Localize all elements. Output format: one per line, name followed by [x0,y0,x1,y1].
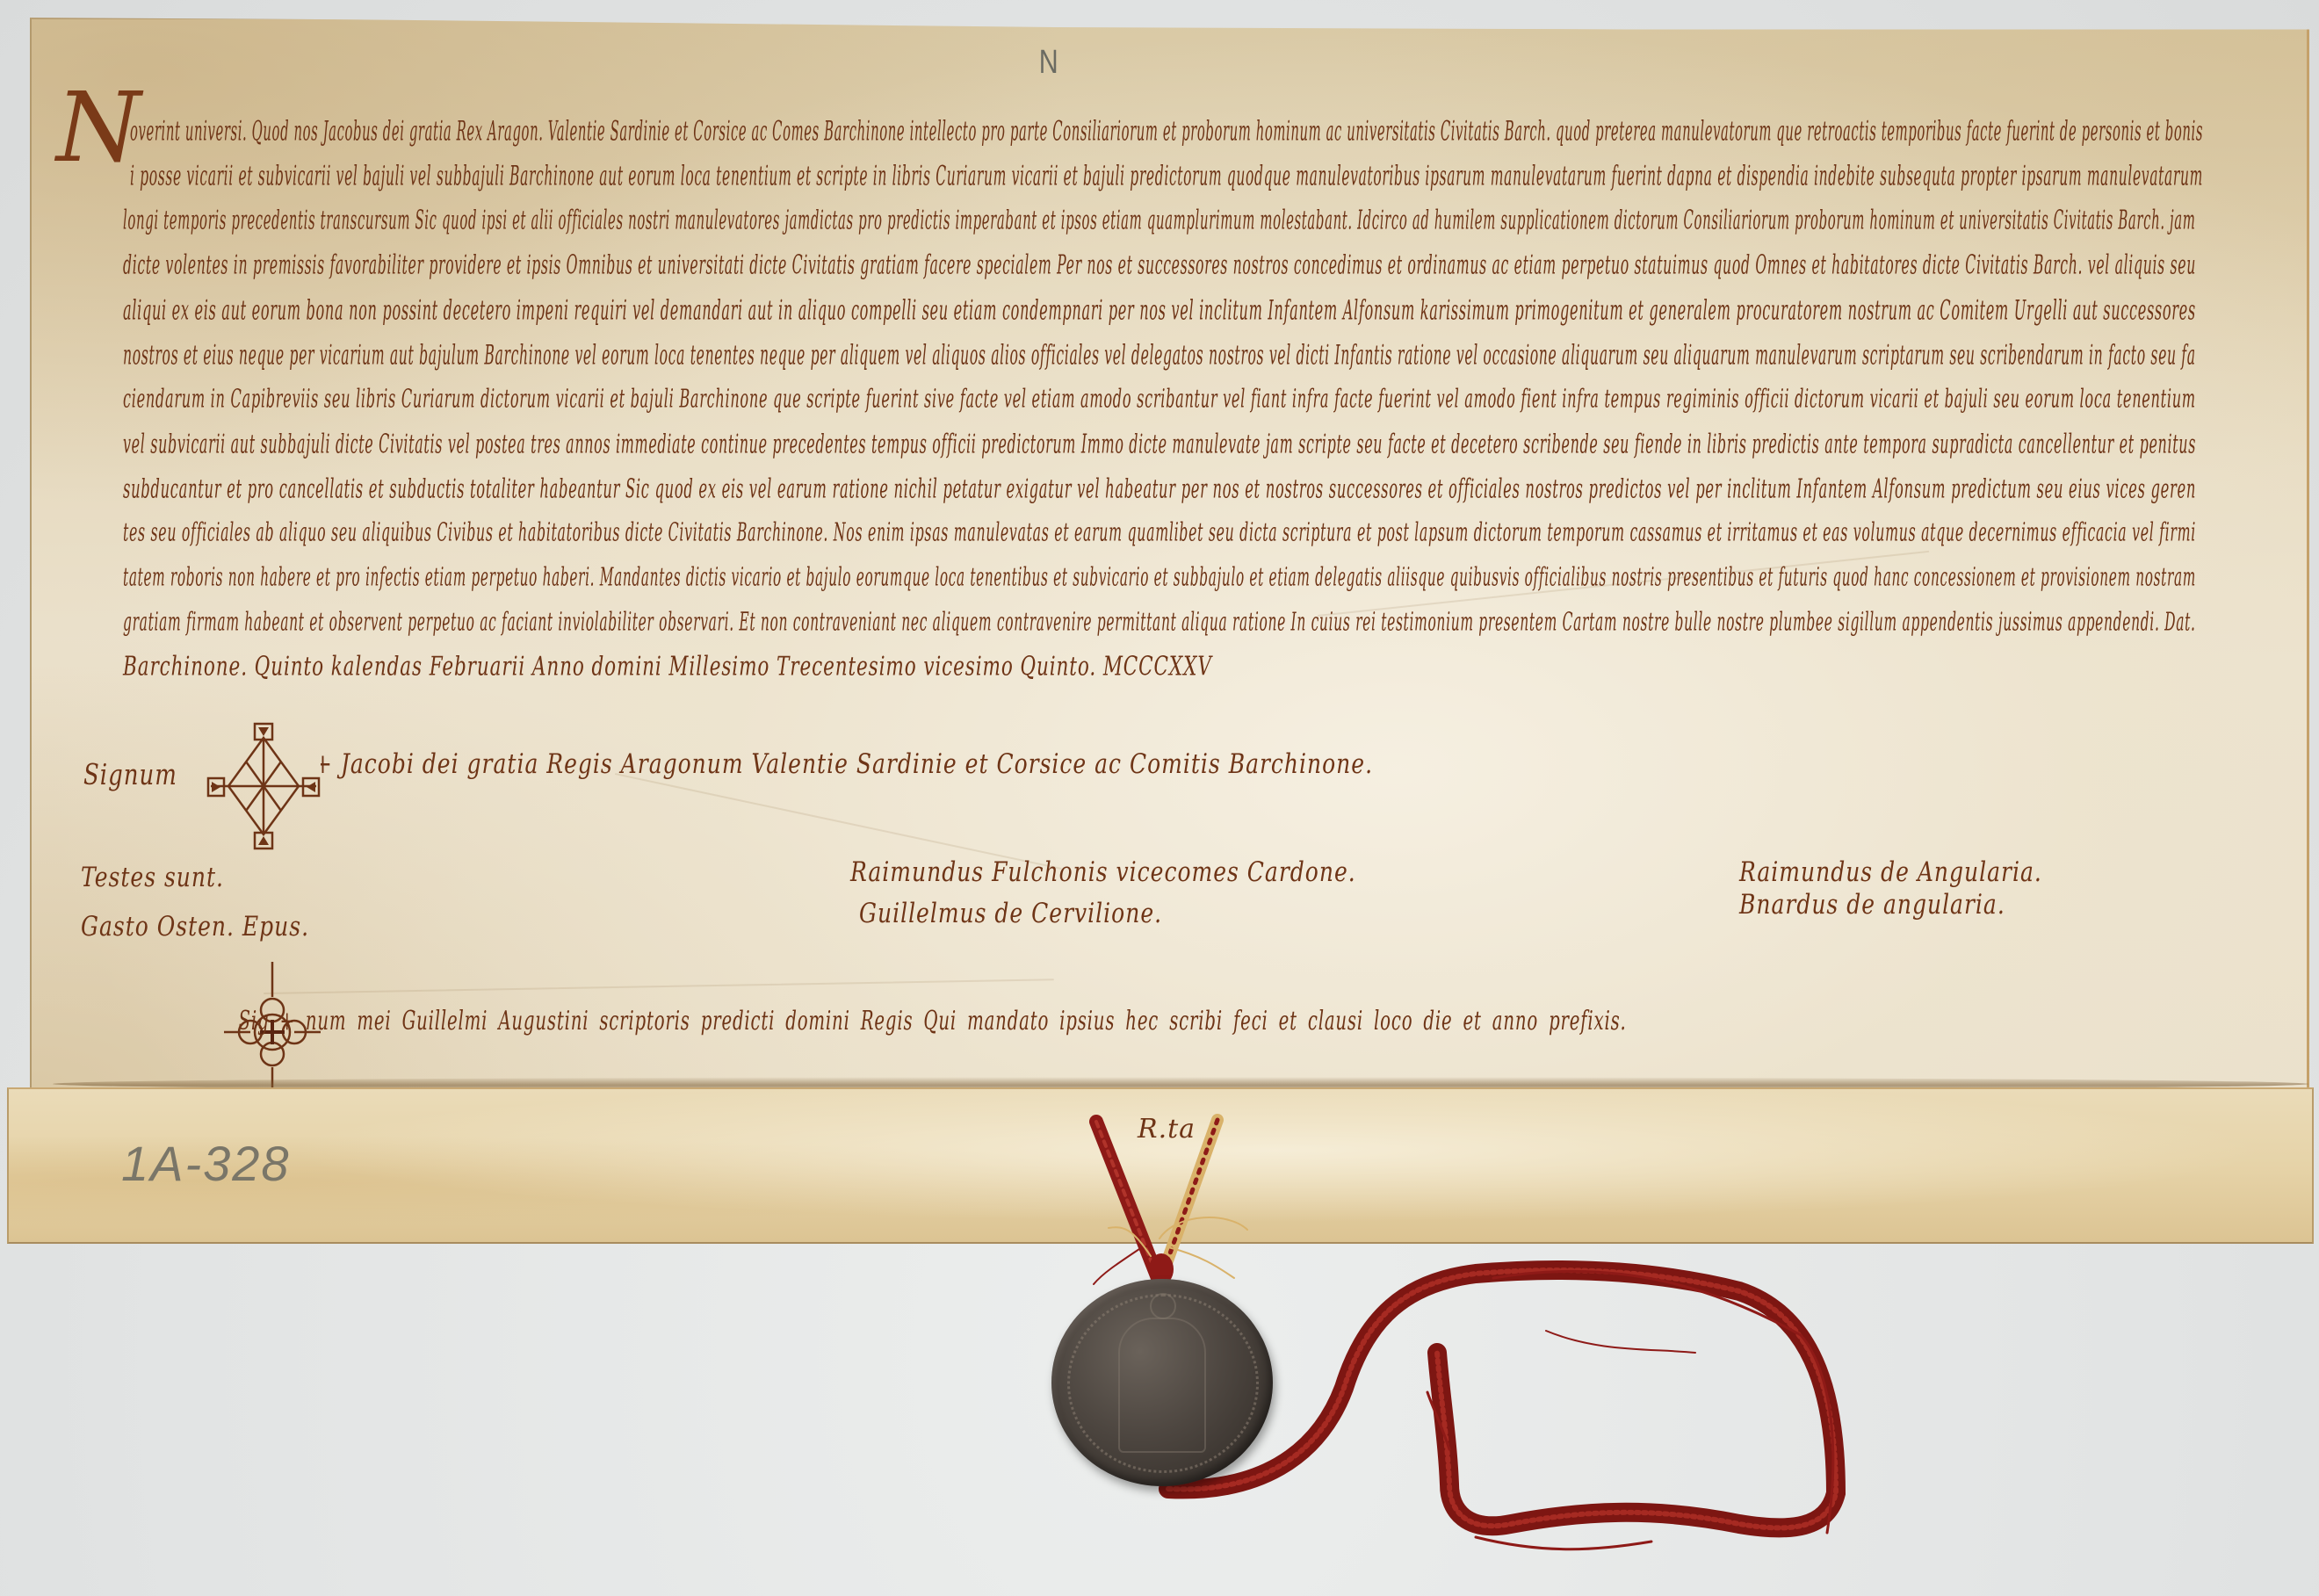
seal-enthroned-figure [1118,1318,1206,1453]
lead-seal-bulla [1051,1279,1273,1486]
